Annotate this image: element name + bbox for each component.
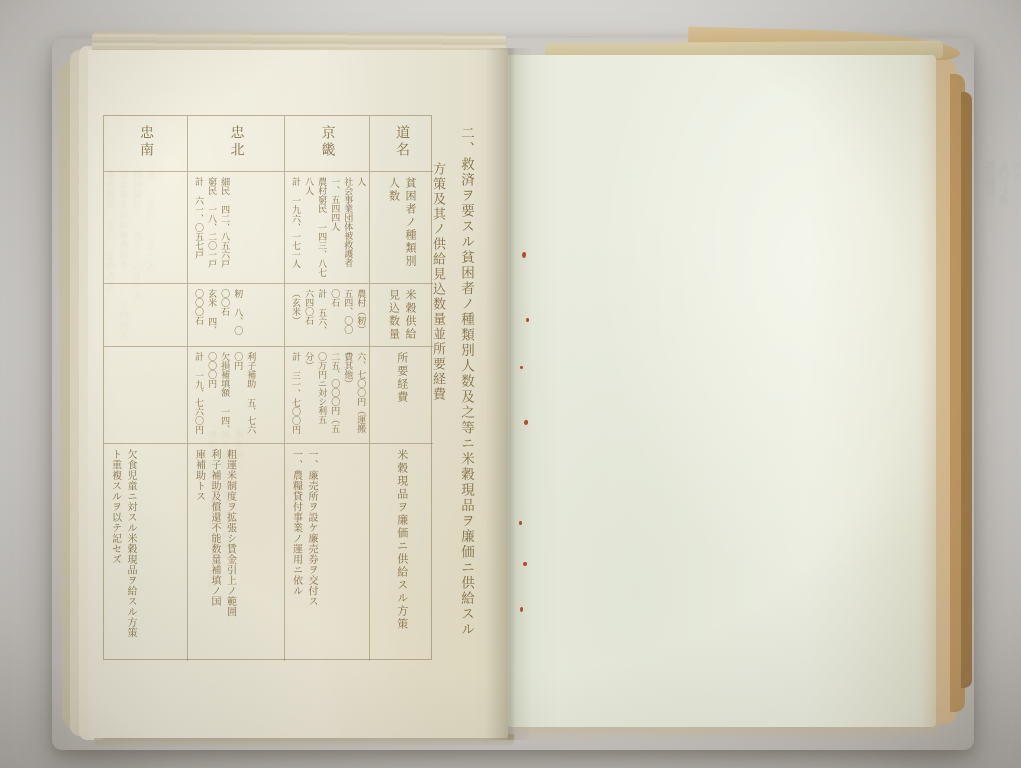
table-cell-gyeonggi-policy: 一、廉売所ヲ設ケ廉売券ヲ交付ス 一、農糧貸付事業ノ運用ニ依ル <box>284 444 369 661</box>
table-cell-gyeonggi-quantity: 都市（玄米）二、六四〇石 農村（籾）五四、〇〇〇石 計 五六、六四〇石（玄米） <box>284 284 369 347</box>
row-label-policy: 米穀現品ヲ廉価ニ供給スル方策 <box>369 444 433 661</box>
corner-header-province-name: 道名 <box>369 116 433 172</box>
right-page: 貧困者ノ種類別人数 都市（玄米）二、六四〇石 農村（籾）五四、〇〇〇石 計 五六… <box>508 55 936 727</box>
table-cell-chungbuk-policy: 粗運米制度ヲ拡張シ賃金引上ノ範囲 利子補助及償還不能数量補填ノ国 庫補助トス <box>187 444 284 661</box>
photo-of-open-ledger-book: 貧困者ノ種類別人数 都市（玄米）二、六四〇石 農村（籾）五四、〇〇〇石 計 五六… <box>0 0 1021 768</box>
row-label-expenses: 所要経費 <box>369 347 433 444</box>
table-cell-chungnam-policy: 欠食児童ニ対スル米穀現品ヲ給スル方策 ト重複スルヲ以テ記セズ <box>104 444 187 661</box>
table-cell-chungbuk-population: 細民 四二、八五六戸 窮民 一八、二〇一戸 計 六一、〇五七戸 <box>187 172 284 284</box>
table-cell-gyeonggi-population: 都市細民 五〇、七四九人 社会事業団体被救護者 一、五四四人 農村窮民 一四三、… <box>284 172 369 284</box>
column-header-gyeonggi: 京畿 <box>284 116 369 172</box>
ledger-table: 忠南 忠北 京畿 道名 細民 四二、八五六戸 窮民 一八、二〇一戸 計 六一、〇… <box>103 115 432 660</box>
table-cell-gyeonggi-expenses: 六、七〇〇円（運搬費其他） 二五、〇〇〇円（五〇万円ニ対シ利五分） 計 三一、七… <box>284 347 369 444</box>
row-label-quantity: 米穀供給見込数量 <box>369 284 433 347</box>
page-title-line-1: 二、救済ヲ要スル貧困者ノ種類別人数及之等ニ米穀現品ヲ廉価ニ供給スル <box>456 126 476 678</box>
table-cell-chungbuk-quantity: 籾 八、〇〇〇石 玄米 四、〇〇〇石 <box>187 284 284 347</box>
column-header-chungbuk: 忠北 <box>187 116 284 172</box>
gutter-shadow <box>486 48 532 740</box>
table-cell-chungnam-quantity <box>104 284 187 347</box>
row-label-population: 貧困者ノ種類別人数 <box>369 172 433 284</box>
table-cell-chungnam-population <box>104 172 187 284</box>
left-page: 都市細民 五〇、七四九人 社会事業団体被救護者 一、五四四人 農村窮民 一四三、… <box>88 50 508 738</box>
table-cell-chungnam-expenses <box>104 347 187 444</box>
table-cell-chungbuk-expenses: 利子補助 五、七六〇円 欠損補填額 一四、〇〇〇円 計 一九、七六〇円 <box>187 347 284 444</box>
page-edges-right-dark <box>961 92 972 688</box>
column-header-chungnam: 忠南 <box>104 116 187 172</box>
